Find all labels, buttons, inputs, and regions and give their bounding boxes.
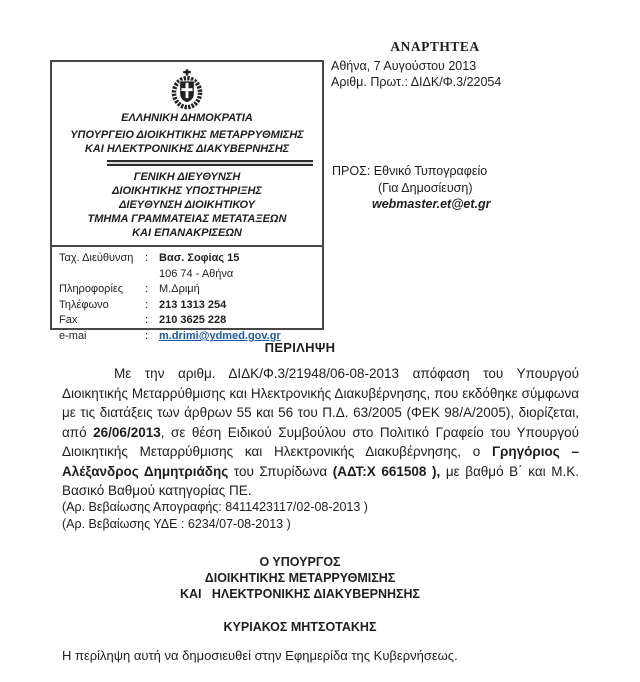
contact-colon: : [145, 282, 159, 298]
contact-row-phone: Τηλέφωνο : 213 1313 254 [59, 298, 317, 314]
division-line-1: ΓΕΝΙΚΗ ΔΙΕΥΘΥΝΣΗ [52, 170, 322, 184]
contact-value-phone: 213 1313 254 [159, 298, 317, 314]
contact-value-fax: 210 3625 228 [159, 313, 317, 329]
contact-row-address: Ταχ. Διεύθυνση : Βασ. Σοφίας 15 [59, 251, 317, 267]
contact-colon [145, 267, 159, 283]
protocol-number: Αριθμ. Πρωτ.: ΔΙΔΚ/Φ.3/22054 [331, 75, 501, 89]
contact-value-city: 106 74 - Αθήνα [159, 267, 317, 283]
summary-paragraph: Με την αριθμ. ΔΙΔΚ/Φ.3/21948/06-08-2013 … [62, 364, 579, 501]
contact-colon: : [145, 313, 159, 329]
ministry-line-2: ΚΑΙ ΗΛΕΚΤΡΟΝΙΚΗΣ ΔΙΑΚΥΒΕΡΝΗΣΗΣ [52, 142, 322, 156]
city-date: Αθήνα, 7 Αυγούστου 2013 [331, 59, 476, 73]
contact-row-city: 106 74 - Αθήνα [59, 267, 317, 283]
contact-row-info: Πληροφορίες : Μ.Δριμή [59, 282, 317, 298]
double-rule-divider [107, 160, 313, 166]
signer-name: ΚΥΡΙΑΚΟΣ ΜΗΤΣΟΤΑΚΗΣ [62, 619, 538, 635]
recipient-name: Εθνικό Τυπογραφείο [374, 164, 487, 178]
greek-coat-of-arms-icon [52, 69, 322, 111]
contact-row-fax: Fax : 210 3625 228 [59, 313, 317, 329]
contact-colon: : [145, 251, 159, 267]
signature-block: Ο ΥΠΟΥΡΓΟΣ ΔΙΟΙΚΗΤΙΚΗΣ ΜΕΤΑΡΡΥΘΜΙΣΗΣ ΚΑΙ… [62, 554, 538, 635]
contact-label: Τηλέφωνο [59, 298, 145, 314]
contact-colon: : [145, 298, 159, 314]
contact-block: Ταχ. Διεύθυνση : Βασ. Σοφίας 15 106 74 -… [52, 247, 322, 345]
signer-title-1: Ο ΥΠΟΥΡΓΟΣ [62, 554, 538, 570]
division-line-4: ΤΜΗΜΑ ΓΡΑΜΜΑΤΕΙΑΣ ΜΕΤΑΤΑΞΕΩΝ [52, 212, 322, 226]
document-page: ΑΝΑΡΤΗΤΕΑ Αθήνα, 7 Αυγούστου 2013 Αριθμ.… [0, 0, 640, 682]
ministry-line-1: ΥΠΟΥΡΓΕΙΟ ΔΙΟΙΚΗΤΙΚΗΣ ΜΕΤΑΡΡΥΘΜΙΣΗΣ [52, 128, 322, 142]
publish-note: Η περίληψη αυτή να δημοσιευθεί στην Εφημ… [62, 648, 458, 663]
contact-label: Πληροφορίες [59, 282, 145, 298]
republic-title: ΕΛΛΗΝΙΚΗ ΔΗΜΟΚΡΑΤΙΑ [52, 111, 322, 125]
recipient-purpose: (Για Δημοσίευση) [332, 180, 490, 197]
recipient-label: ΠΡΟΣ: [332, 164, 370, 178]
contact-label [59, 267, 145, 283]
recipient-email: webmaster.et@et.gr [332, 196, 490, 213]
posted-label: ΑΝΑΡΤΗΤΕΑ [330, 39, 540, 55]
recipient-line-1: ΠΡΟΣ: Εθνικό Τυπογραφείο [332, 163, 490, 180]
signer-title-2: ΔΙΟΙΚΗΤΙΚΗΣ ΜΕΤΑΡΡΥΘΜΙΣΗΣ [62, 570, 538, 586]
contact-value-street: Βασ. Σοφίας 15 [159, 251, 317, 267]
letterhead-box: ΕΛΛΗΝΙΚΗ ΔΗΜΟΚΡΑΤΙΑ ΥΠΟΥΡΓΕΙΟ ΔΙΟΙΚΗΤΙΚΗ… [50, 60, 324, 330]
census-certificate-line: (Αρ. Βεβαίωσης Απογραφής: 8411423117/02-… [62, 499, 368, 516]
signer-title-3: ΚΑΙ ΗΛΕΚΤΡΟΝΙΚΗΣ ΔΙΑΚΥΒΕΡΝΗΣΗΣ [62, 586, 538, 602]
division-line-3: ΔΙΕΥΘΥΝΣΗ ΔΙΟΙΚΗΤΙΚΟΥ [52, 198, 322, 212]
contact-label: Ταχ. Διεύθυνση [59, 251, 145, 267]
contact-value-info: Μ.Δριμή [159, 282, 317, 298]
recipient-block: ΠΡΟΣ: Εθνικό Τυπογραφείο (Για Δημοσίευση… [332, 163, 490, 213]
contact-label: Fax [59, 313, 145, 329]
summary-title: ΠΕΡΙΛΗΨΗ [62, 340, 538, 355]
division-line-2: ΔΙΟΙΚΗΤΙΚΗΣ ΥΠΟΣΤΗΡΙΞΗΣ [52, 184, 322, 198]
division-line-5: ΚΑΙ ΕΠΑΝΑΚΡΙΣΕΩΝ [52, 226, 322, 240]
yde-certificate-line: (Αρ. Βεβαίωσης ΥΔΕ : 6234/07-08-2013 ) [62, 516, 291, 533]
